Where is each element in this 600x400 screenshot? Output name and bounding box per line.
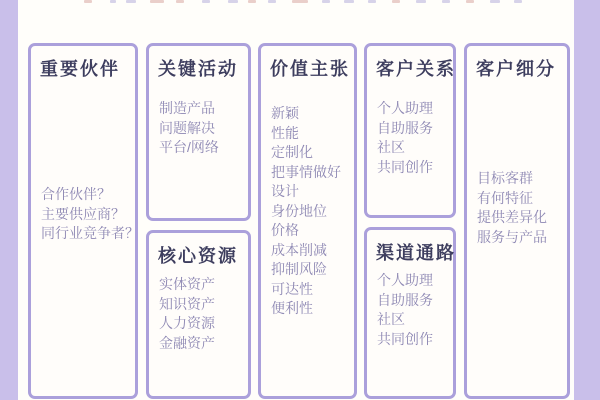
key-resources-body: 实体资产知识资产人力资源金融资产 bbox=[159, 275, 244, 353]
body-line: 成本削减 bbox=[271, 241, 350, 261]
body-line: 提供差异化 bbox=[477, 208, 563, 228]
body-line: 把事情做好 bbox=[271, 163, 350, 183]
body-line: 有何特征 bbox=[477, 189, 563, 209]
body-line: 自助服务 bbox=[377, 119, 449, 139]
cropped-glyph-fragment bbox=[150, 0, 164, 3]
body-line: 抑制风险 bbox=[271, 260, 350, 280]
key-partners-title: 重要伙伴 bbox=[31, 46, 135, 81]
body-line: 目标客群 bbox=[477, 169, 563, 189]
customer-relationships-title: 客户关系 bbox=[367, 46, 453, 81]
body-line: 共同创作 bbox=[377, 330, 449, 350]
canvas-box-channels: 渠道通路 个人助理自助服务社区共同创作 bbox=[364, 227, 456, 399]
canvas-box-value-propositions: 价值主张 新颖性能定制化把事情做好设计身份地位价格成本削减抑制风险可达性便利性 bbox=[258, 43, 357, 399]
canvas-box-customer-segments: 客户细分 目标客群有何特征提供差异化服务与产品 bbox=[464, 43, 570, 399]
key-partners-body: 合作伙伴？主要供应商？同行业竞争者？ bbox=[41, 185, 131, 244]
canvas-box-key-partners: 重要伙伴 合作伙伴？主要供应商？同行业竞争者？ bbox=[28, 43, 138, 399]
cropped-glyph-fragment bbox=[344, 0, 354, 3]
canvas-box-customer-relationships: 客户关系 个人助理自助服务社区共同创作 bbox=[364, 43, 456, 218]
key-activities-title: 关键活动 bbox=[149, 46, 248, 81]
cropped-glyph-fragment bbox=[126, 0, 136, 3]
body-line: 自助服务 bbox=[377, 291, 449, 311]
cropped-glyph-fragment bbox=[442, 0, 450, 3]
customer-relationships-body: 个人助理自助服务社区共同创作 bbox=[377, 99, 449, 177]
customer-segments-title: 客户细分 bbox=[467, 46, 567, 81]
body-line: 服务与产品 bbox=[477, 228, 563, 248]
body-line: 可达性 bbox=[271, 280, 350, 300]
channels-title: 渠道通路 bbox=[367, 230, 453, 265]
cropped-glyph-fragment bbox=[268, 0, 276, 3]
body-line: 性能 bbox=[271, 124, 350, 144]
body-line: 个人助理 bbox=[377, 271, 449, 291]
channels-body: 个人助理自助服务社区共同创作 bbox=[377, 271, 449, 349]
body-line: 新颖 bbox=[271, 104, 350, 124]
body-line: 身份地位 bbox=[271, 202, 350, 222]
body-line: 便利性 bbox=[271, 299, 350, 319]
cropped-glyph-fragment bbox=[368, 0, 376, 3]
key-activities-body: 制造产品问题解决平台/网络 bbox=[159, 99, 244, 158]
body-line: 共同创作 bbox=[377, 158, 449, 178]
body-line: 人力资源 bbox=[159, 314, 244, 334]
body-line: 实体资产 bbox=[159, 275, 244, 295]
cropped-glyph-fragment bbox=[466, 0, 474, 3]
body-line: 设计 bbox=[271, 182, 350, 202]
body-line: 制造产品 bbox=[159, 99, 244, 119]
body-line: 知识资产 bbox=[159, 295, 244, 315]
canvas-box-key-activities: 关键活动 制造产品问题解决平台/网络 bbox=[146, 43, 251, 221]
body-line: 个人助理 bbox=[377, 99, 449, 119]
body-line: 平台/网络 bbox=[159, 138, 244, 158]
key-resources-title: 核心资源 bbox=[149, 233, 248, 268]
cropped-title-fragments bbox=[0, 0, 600, 5]
body-line: 问题解决 bbox=[159, 119, 244, 139]
body-line: 社区 bbox=[377, 310, 449, 330]
cropped-glyph-fragment bbox=[248, 0, 256, 3]
body-line: 定制化 bbox=[271, 143, 350, 163]
value-propositions-body: 新颖性能定制化把事情做好设计身份地位价格成本削减抑制风险可达性便利性 bbox=[271, 104, 350, 319]
cropped-glyph-fragment bbox=[84, 0, 92, 3]
body-line: 社区 bbox=[377, 138, 449, 158]
body-line: 主要供应商？ bbox=[41, 205, 131, 225]
cropped-glyph-fragment bbox=[228, 0, 238, 3]
body-line: 合作伙伴？ bbox=[41, 185, 131, 205]
body-line: 同行业竞争者？ bbox=[41, 224, 131, 244]
left-margin-strip bbox=[0, 0, 18, 400]
customer-segments-body: 目标客群有何特征提供差异化服务与产品 bbox=[477, 169, 563, 247]
body-line: 金融资产 bbox=[159, 334, 244, 354]
business-model-canvas: 重要伙伴 合作伙伴？主要供应商？同行业竞争者？ 关键活动 制造产品问题解决平台/… bbox=[0, 0, 600, 400]
cropped-glyph-fragment bbox=[292, 0, 308, 3]
value-propositions-title: 价值主张 bbox=[261, 46, 354, 81]
right-margin-strip bbox=[574, 0, 600, 400]
cropped-glyph-fragment bbox=[514, 0, 522, 3]
cropped-glyph-fragment bbox=[392, 0, 400, 3]
canvas-box-key-resources: 核心资源 实体资产知识资产人力资源金融资产 bbox=[146, 230, 251, 399]
cropped-glyph-fragment bbox=[322, 0, 330, 3]
cropped-glyph-fragment bbox=[110, 0, 116, 3]
cropped-glyph-fragment bbox=[416, 0, 426, 3]
cropped-glyph-fragment bbox=[490, 0, 500, 3]
body-line: 价格 bbox=[271, 221, 350, 241]
cropped-glyph-fragment bbox=[176, 0, 184, 3]
cropped-glyph-fragment bbox=[202, 0, 210, 3]
